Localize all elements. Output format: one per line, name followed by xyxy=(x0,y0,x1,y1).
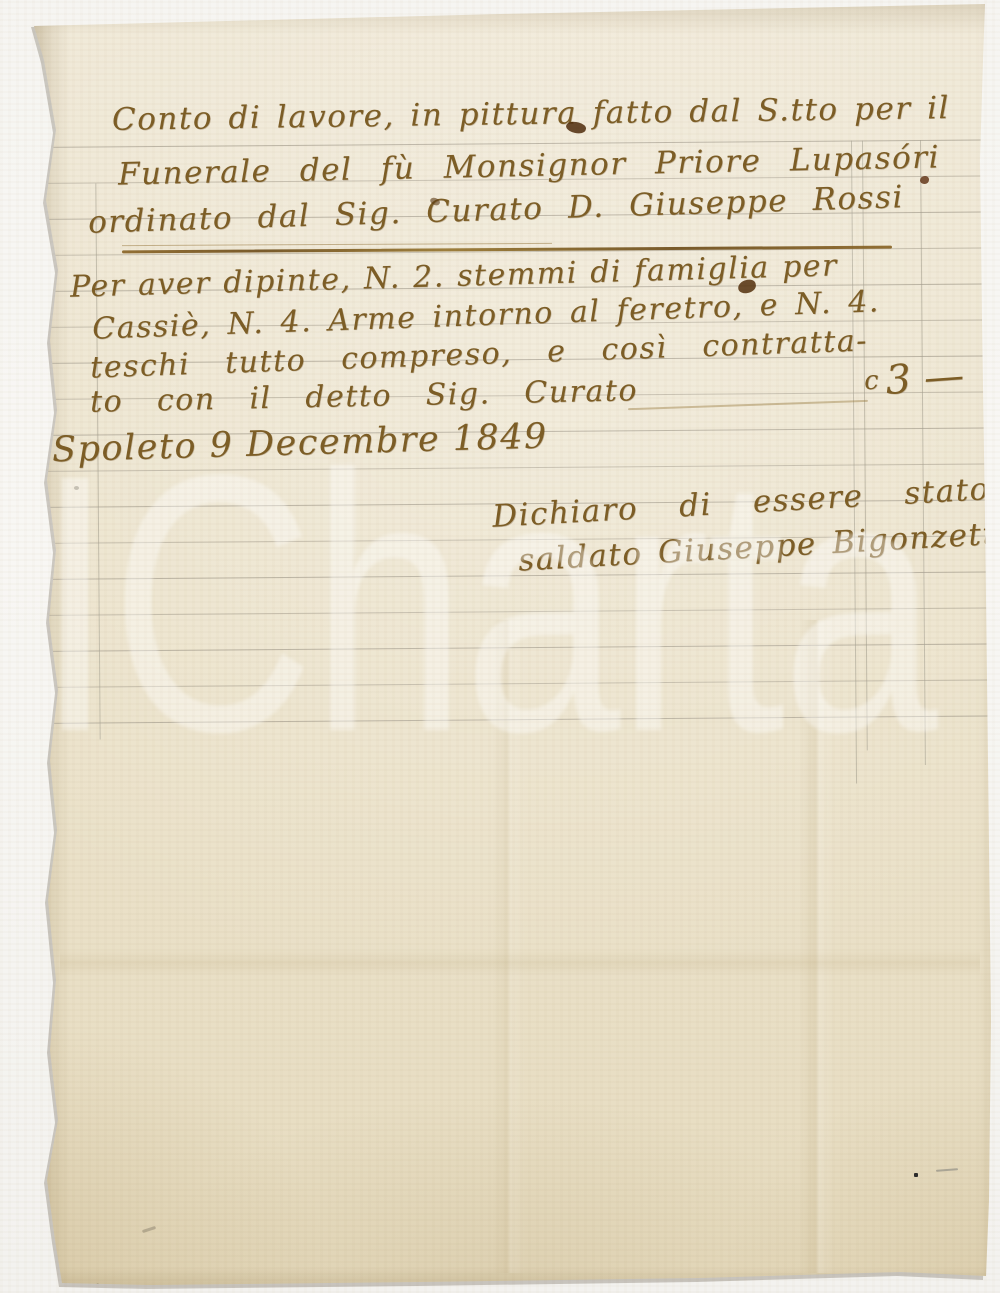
ruled-line xyxy=(32,679,987,688)
ruled-line xyxy=(32,643,987,652)
manuscript-page: Conto di lavore, in pittura fatto dal S.… xyxy=(0,0,1000,1293)
paper-speck xyxy=(74,486,79,490)
ruled-line xyxy=(33,715,988,724)
amount-dash: — xyxy=(922,353,965,402)
ruled-line xyxy=(31,571,986,580)
margin-line xyxy=(851,141,857,784)
document-scan: Conto di lavore, in pittura fatto dal S.… xyxy=(0,0,1000,1293)
ruled-line xyxy=(32,607,987,616)
paper-speck xyxy=(914,1173,918,1177)
ink-blot xyxy=(920,176,929,184)
margin-line xyxy=(920,140,926,765)
margin-line xyxy=(862,140,868,750)
amount-value: 3 xyxy=(884,356,916,404)
currency-mark: c xyxy=(863,365,883,396)
amount: c3— xyxy=(863,355,966,404)
